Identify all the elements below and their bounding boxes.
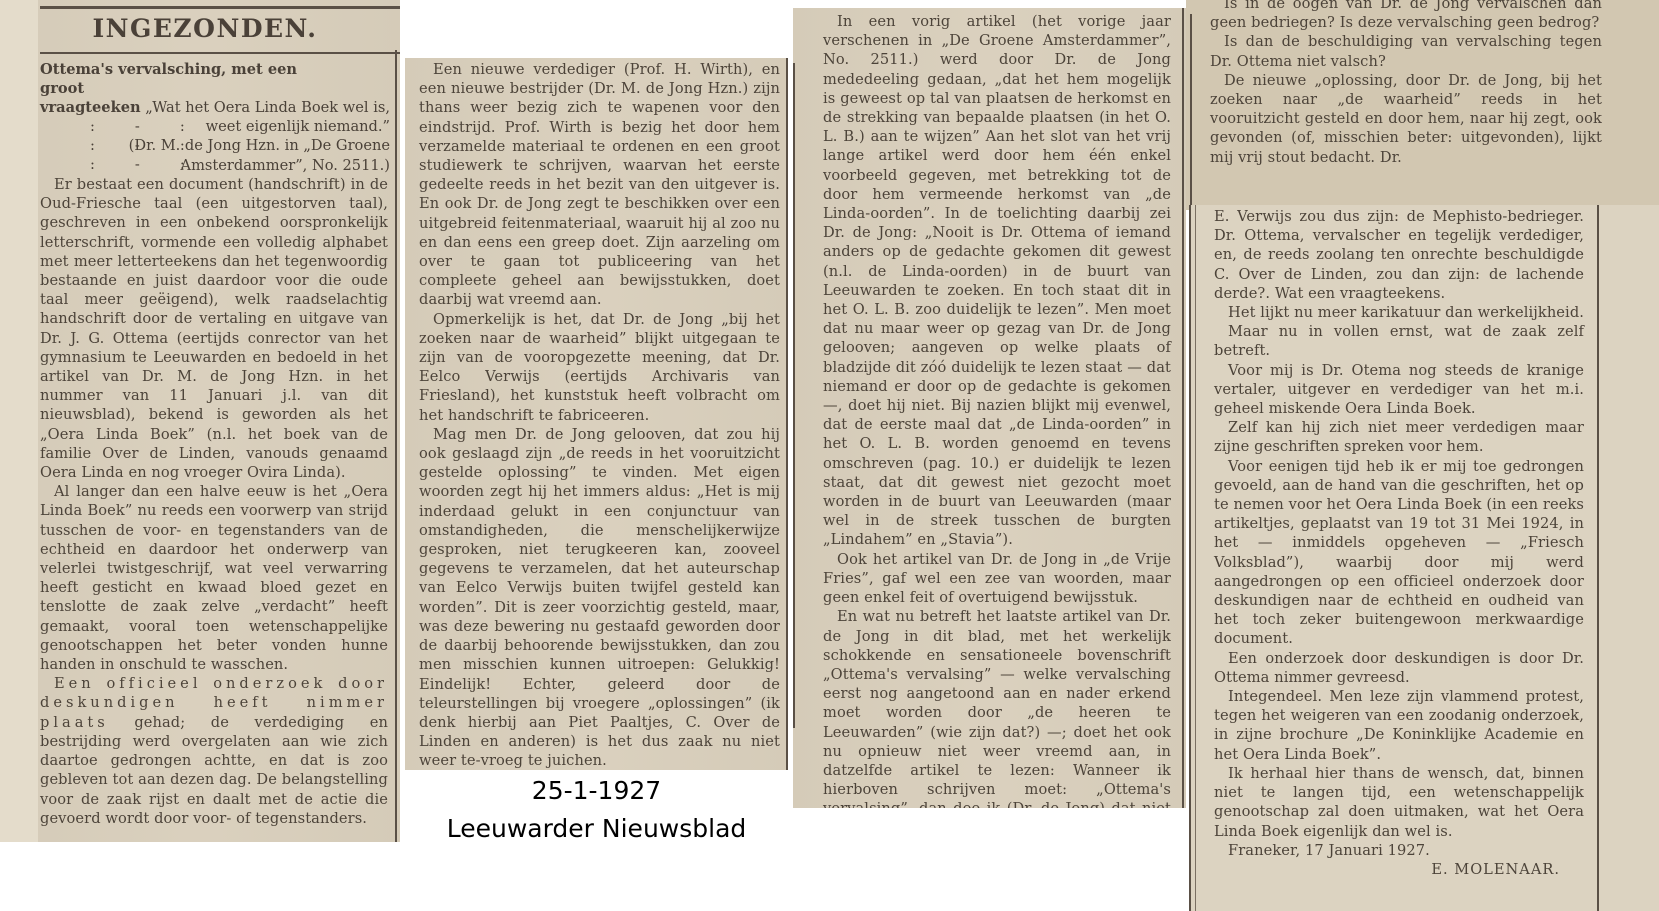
paragraph: Zelf kan hij zich niet meer verdedigen m…	[1214, 418, 1584, 456]
paragraph: Al langer dan een halve eeuw is het „Oer…	[40, 482, 388, 674]
clipping-caption: 25-1-1927 Leeuwarder Nieuwsblad	[405, 770, 788, 846]
paragraph: Ik herhaal hier thans de wensch, dat, bi…	[1214, 764, 1584, 841]
article-body-col2: Een nieuwe verdediger (Prof. H. Wirth), …	[419, 60, 780, 770]
clipping-column-1: INGEZONDEN. Ottema's vervalsching, met e…	[0, 0, 400, 842]
paragraph: Integendeel. Men leze zijn vlammend prot…	[1214, 687, 1584, 764]
paragraph: E. Verwijs zou dus zijn: de Mephisto-bed…	[1214, 207, 1584, 303]
paragraph: Is in de oogen van Dr. de Jong vervalsch…	[1210, 0, 1602, 32]
paragraph: In een vorig artikel (het vorige jaar ve…	[823, 12, 1171, 550]
paragraph: Voor eenigen tijd heb ik er mij toe gedr…	[1214, 457, 1584, 649]
paragraph: Ook het artikel van Dr. de Jong in „de V…	[823, 550, 1171, 608]
paragraph: Maar nu in vollen ernst, wat de zaak zel…	[1214, 322, 1584, 360]
article-title-line1: Ottema's vervalsching, met een groot	[40, 61, 297, 97]
article-body-col1: Er bestaat een document (handschrift) in…	[40, 175, 388, 828]
place-date-line: Franeker, 17 Januari 1927.	[1214, 841, 1584, 860]
paragraph: Het lijkt nu meer karikatuur dan werkeli…	[1214, 303, 1584, 322]
paragraph: De nieuwe „oplossing, door Dr. de Jong, …	[1210, 71, 1602, 167]
clipping-column-3: In een vorig artikel (het vorige jaar ve…	[793, 8, 1186, 808]
article-body-col4-top: Is in de oogen van Dr. de Jong vervalsch…	[1210, 0, 1602, 167]
article-motto: „Wat het Oera Linda Boek wel is, weet ei…	[60, 98, 390, 175]
motto-line: (Dr. M. de Jong Hzn. in „De Groene	[60, 136, 390, 155]
publication-date: 25-1-1927	[405, 774, 788, 808]
article-body-col4-bottom: E. Verwijs zou dus zijn: de Mephisto-bed…	[1214, 207, 1584, 879]
paragraph: Opmerkelijk is het, dat Dr. de Jong „bij…	[419, 310, 780, 425]
article-body-col3: In een vorig artikel (het vorige jaar ve…	[823, 12, 1171, 808]
paragraph: Een officieel onderzoek door deskundigen…	[40, 674, 388, 828]
paragraph: Een onderzoek door deskundigen is door D…	[1214, 649, 1584, 687]
paragraph: Voor mij is Dr. Otema nog steeds de kran…	[1214, 361, 1584, 419]
clipping-column-4-top: Is in de oogen van Dr. de Jong vervalsch…	[1186, 0, 1659, 210]
column-rule	[1189, 205, 1191, 911]
column-rule	[1182, 8, 1184, 808]
clipping-column-2: Een nieuwe verdediger (Prof. H. Wirth), …	[405, 58, 788, 770]
column-rule	[395, 50, 397, 842]
column-rule	[1597, 205, 1599, 911]
paragraph: En wat nu betreft het laatste artikel va…	[823, 607, 1171, 808]
motto-line: „Wat het Oera Linda Boek wel is,	[60, 98, 390, 117]
paragraph: Er bestaat een document (handschrift) in…	[40, 175, 388, 482]
author-signature: E. MOLENAAR.	[1214, 860, 1584, 879]
paragraph: Een nieuwe verdediger (Prof. H. Wirth), …	[419, 60, 780, 310]
motto-line: weet eigenlijk niemand.”	[60, 117, 390, 136]
column-rule-thin	[1195, 205, 1196, 911]
column-rule	[793, 63, 795, 728]
clipping-column-4-bottom: E. Verwijs zou dus zijn: de Mephisto-bed…	[1189, 205, 1659, 911]
paragraph: Is dan de beschuldiging van vervalsching…	[1210, 32, 1602, 70]
column-rule	[786, 58, 788, 770]
page-margin	[0, 0, 38, 842]
section-masthead: INGEZONDEN.	[40, 14, 370, 43]
motto-line: Amsterdammer”, No. 2511.)	[60, 156, 390, 175]
paragraph: Mag men Dr. de Jong gelooven, dat zou hi…	[419, 425, 780, 770]
column-rule	[1190, 14, 1192, 210]
newspaper-name: Leeuwarder Nieuwsblad	[405, 812, 788, 846]
